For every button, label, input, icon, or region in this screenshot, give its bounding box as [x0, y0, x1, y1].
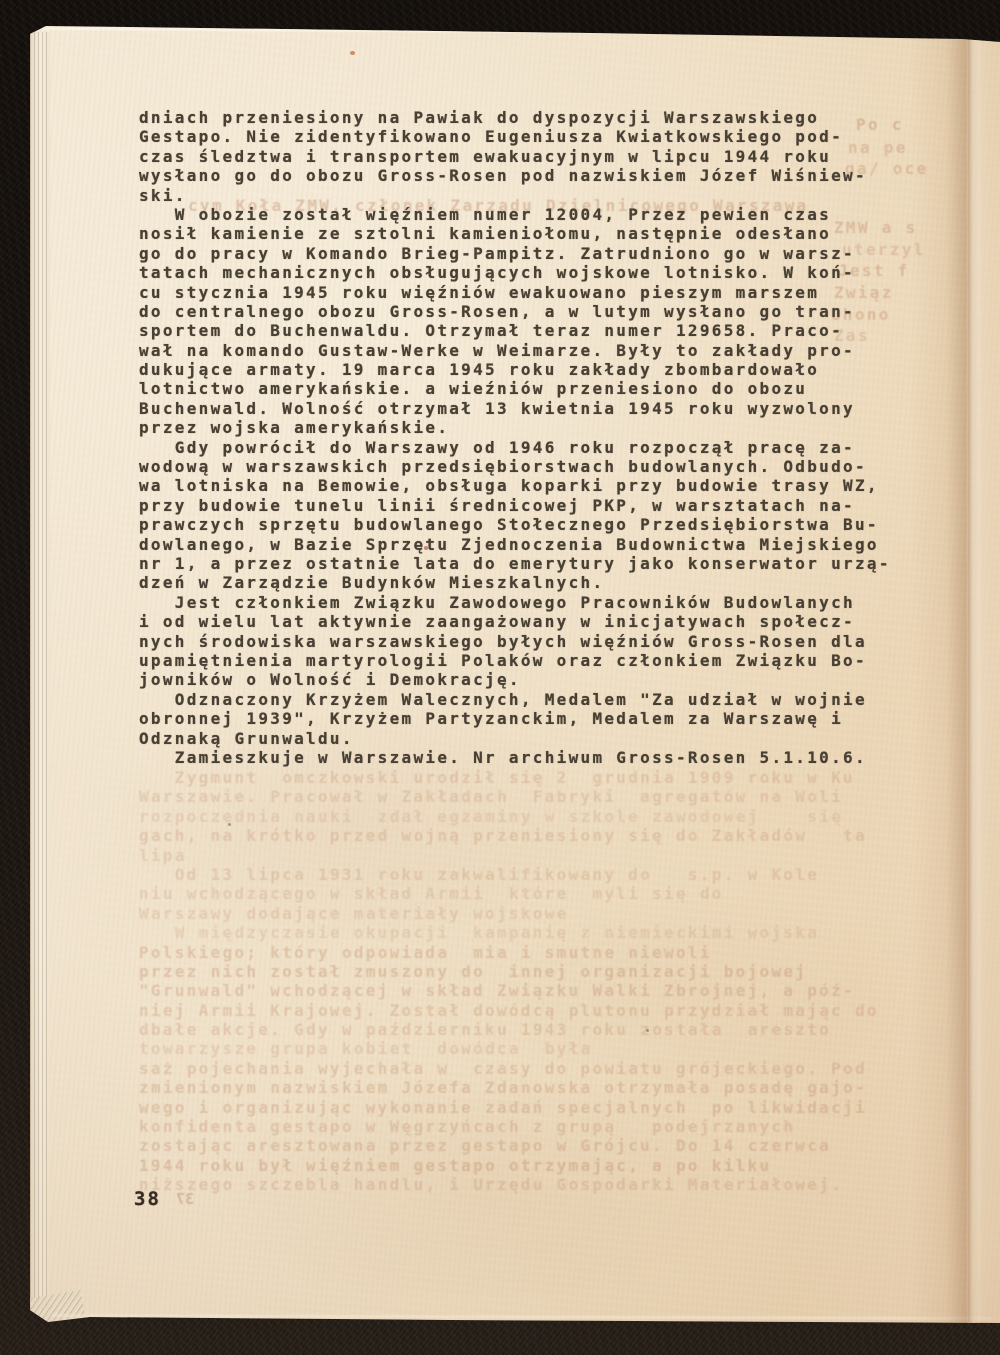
page-text: dniach przeniesiony na Pawiak do dyspozy…: [139, 108, 891, 767]
text-line: i od wielu lat aktywnie zaangażowany w i…: [139, 612, 891, 631]
text-line: W obozie został więźniem numer 12004, Pr…: [139, 205, 891, 224]
text-line: wa lotniska na Bemowie, obsługa koparki …: [139, 476, 891, 495]
text-line: Odznaczony Krzyżem Walecznych, Medalem "…: [139, 690, 891, 709]
text-line: wał na komando Gustaw-Werke w Weimarze. …: [139, 341, 891, 360]
text-line: czas śledztwa i transportem ewakuacyjnym…: [139, 147, 891, 166]
text-line: nych środowiska warszawskiego byłych wię…: [139, 632, 891, 651]
text-line: Buchenwald. Wolność otrzymał 13 kwietnia…: [139, 399, 891, 418]
page-number: 38: [134, 1188, 161, 1210]
bleedthrough-line: Polskiego; który odpowiada mia i smutne …: [139, 943, 879, 962]
page-edge-top: [42, 27, 992, 36]
bleedthrough-line: Od 13 lipca 1931 roku zakwalifikowany do…: [139, 865, 879, 884]
text-line: wodową w warszawskich przedsiębiorstwach…: [139, 457, 891, 476]
text-line: nr 1, a przez ostatnie lata do emerytury…: [139, 554, 891, 573]
bleedthrough-line: przez nich został zmuszony do innej orga…: [139, 962, 879, 981]
bleedthrough-line: niższego szczebla handlu, i Urzędu Gospo…: [139, 1175, 879, 1194]
text-line: Gdy powrócił do Warszawy od 1946 roku ro…: [139, 438, 891, 457]
bleedthrough-line: "Grunwald" wchodzącej w skład Związku Wa…: [139, 981, 879, 1000]
scan-background: Po cna pega/ ocecym Koła ZMW, członek Za…: [0, 0, 1000, 1355]
text-line: wysłano go do obozu Gross-Rosen pod nazw…: [139, 166, 891, 185]
text-line: lotnictwo amerykańskie. a wieźniów przen…: [139, 379, 891, 398]
bleedthrough-line: niu wchodzącego w skład Armii które myli…: [139, 884, 879, 903]
text-line: dzeń w Zarządzie Budynków Mieszkalnych.: [139, 573, 891, 592]
text-line: Gestapo. Nie zidentyfikowano Eugeniusza …: [139, 127, 891, 146]
bleedthrough-line: Warszawy dodające materiały wojskowe: [139, 904, 879, 923]
text-line: obronnej 1939", Krzyżem Partyzanckim, Me…: [139, 709, 891, 728]
text-line: ski.: [139, 186, 891, 205]
text-line: prawczych sprzętu budowlanego Stołeczneg…: [139, 515, 891, 534]
text-line: jowników o Wolność i Demokrację.: [139, 670, 891, 689]
bleedthrough-line: towarzysze grupa kobiet dowódca była: [139, 1039, 879, 1058]
text-line: do centralnego obozu Gross-Rosen, a w lu…: [139, 302, 891, 321]
text-line: nosił kamienie ze sztolni kamieniołomu, …: [139, 224, 891, 243]
book-gutter-crease: [910, 26, 1000, 1324]
bleedthrough-line: zostając aresztowana przez gestapo w Gró…: [139, 1136, 879, 1155]
text-line: przy budowie tunelu linii średnicowej PK…: [139, 496, 891, 515]
bleedthrough-line: gach, na krótko przed wojną przeniesiony…: [139, 826, 879, 845]
bleedthrough-line: lipa: [139, 846, 879, 865]
text-line: Zamieszkuje w Warszawie. Nr archiwum Gro…: [139, 748, 891, 767]
text-line: cu stycznia 1945 roku więźniów ewakuowan…: [139, 283, 891, 302]
bleedthrough-page-number: 37: [176, 1190, 194, 1208]
paper-speck: [350, 51, 355, 55]
text-line: dniach przeniesiony na Pawiak do dyspozy…: [139, 108, 891, 127]
bleedthrough-line: zmienionym nazwiskiem Józefa Zdanowska o…: [139, 1078, 879, 1097]
bleedthrough-line: wego i organizując wykonanie zadań specj…: [139, 1098, 879, 1117]
bleedthrough-line: Warszawie. Pracował w Zakładach Fabryki …: [139, 787, 879, 806]
text-line: dowlanego, w Bazie Sprzętu Zjednoczenia …: [139, 535, 891, 554]
bleedthrough-line: Zygmunt omczkowski urodził się 2 grudnia…: [139, 768, 879, 787]
text-line: dukujące armaty. 19 marca 1945 roku zakł…: [139, 360, 891, 379]
bleedthrough-line: saż pojechania wyjechała w czasy do powi…: [139, 1059, 879, 1078]
facing-page-edge: [968, 38, 1000, 1322]
bleedthrough-line: dbałe akcje. Gdy w październiku 1943 rok…: [139, 1020, 879, 1039]
text-line: Odznaką Grunwaldu.: [139, 729, 891, 748]
bleedthrough-line: W międzyczasie okupacji kampanię z niemi…: [139, 923, 879, 942]
page-edge-bottom: [52, 1314, 992, 1320]
text-line: go do pracy w Komando Brieg-Pampitz. Zat…: [139, 244, 891, 263]
text-line: tatach mechanicznych obsługujących wojsk…: [139, 263, 891, 282]
bleedthrough-line: niej Armii Krajowej. Został dowódcą plut…: [139, 1001, 879, 1020]
bleedthrough-line: konfidenta gestapo w Węgrzyńcach z grupą…: [139, 1117, 879, 1136]
bleedthrough-line: 1944 roku był więźniem gestapo otrzymają…: [139, 1156, 879, 1175]
text-line: sportem do Buchenwaldu. Otrzymał teraz n…: [139, 321, 891, 340]
book-page: Po cna pega/ ocecym Koła ZMW, członek Za…: [30, 26, 1000, 1324]
text-line: Jest członkiem Związku Zawodowego Pracow…: [139, 593, 891, 612]
bleedthrough-block: Zygmunt omczkowski urodził się 2 grudnia…: [139, 768, 879, 1195]
text-line: upamiętnienia martyrologii Polaków oraz …: [139, 651, 891, 670]
bleedthrough-line: rozpoczednia nauki zdał egzaminy w szkol…: [139, 807, 879, 826]
page-stack-edge-left: [30, 32, 50, 1318]
text-line: przez wojska amerykańskie.: [139, 418, 891, 437]
